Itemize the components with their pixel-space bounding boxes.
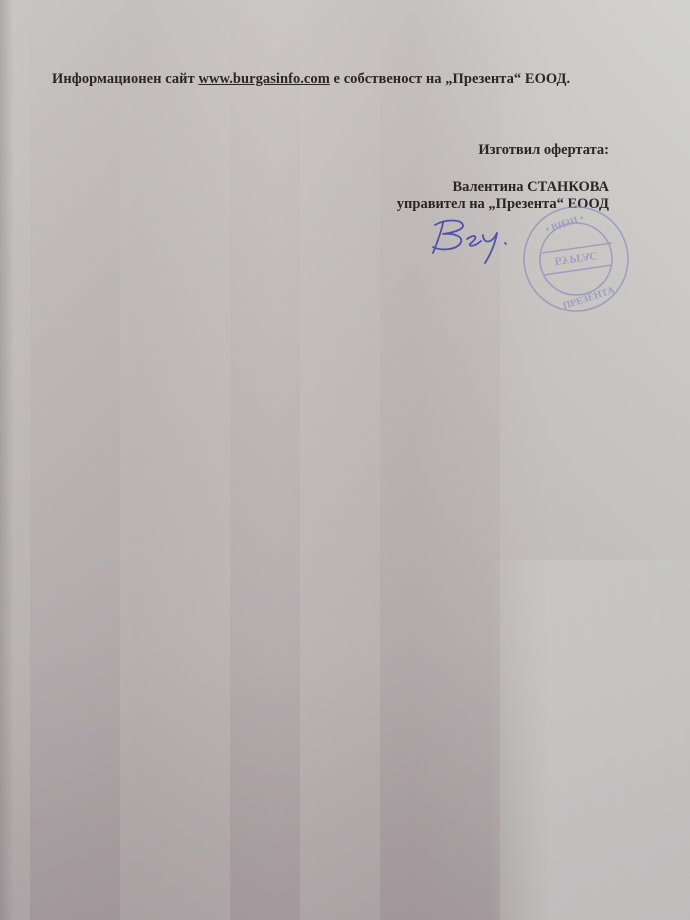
document-page: { "document": { "info_line": { "prefix":… (0, 0, 690, 920)
stamp-lower-text: ПРЕЗЕНТА (562, 285, 617, 312)
page-edge-shadow (0, 0, 14, 920)
stamp-center-text: БУРГАС (554, 249, 598, 267)
ownership-prefix: Информационен сайт (52, 71, 198, 87)
light-area (490, 560, 690, 920)
stamp-upper-text: • ВИЗИ • (544, 213, 585, 236)
prepared-by-label: Изготвил офертата: (397, 142, 609, 159)
shading-streak (380, 0, 500, 920)
signatory-name: Валентина СТАНКОВА (397, 179, 609, 196)
handwritten-signature-icon (427, 213, 517, 265)
website-link[interactable]: www.burgasinfo.com (198, 71, 329, 87)
ownership-statement: Информационен сайт www.burgasinfo.com е … (52, 71, 570, 88)
shading-streak (230, 0, 300, 920)
company-stamp-icon: БУРГАС • ВИЗИ • ПРЕЗЕНТА (520, 203, 632, 315)
ownership-suffix: е собственост на „Презента“ ЕООД. (330, 71, 570, 87)
shading-streak (30, 0, 120, 920)
